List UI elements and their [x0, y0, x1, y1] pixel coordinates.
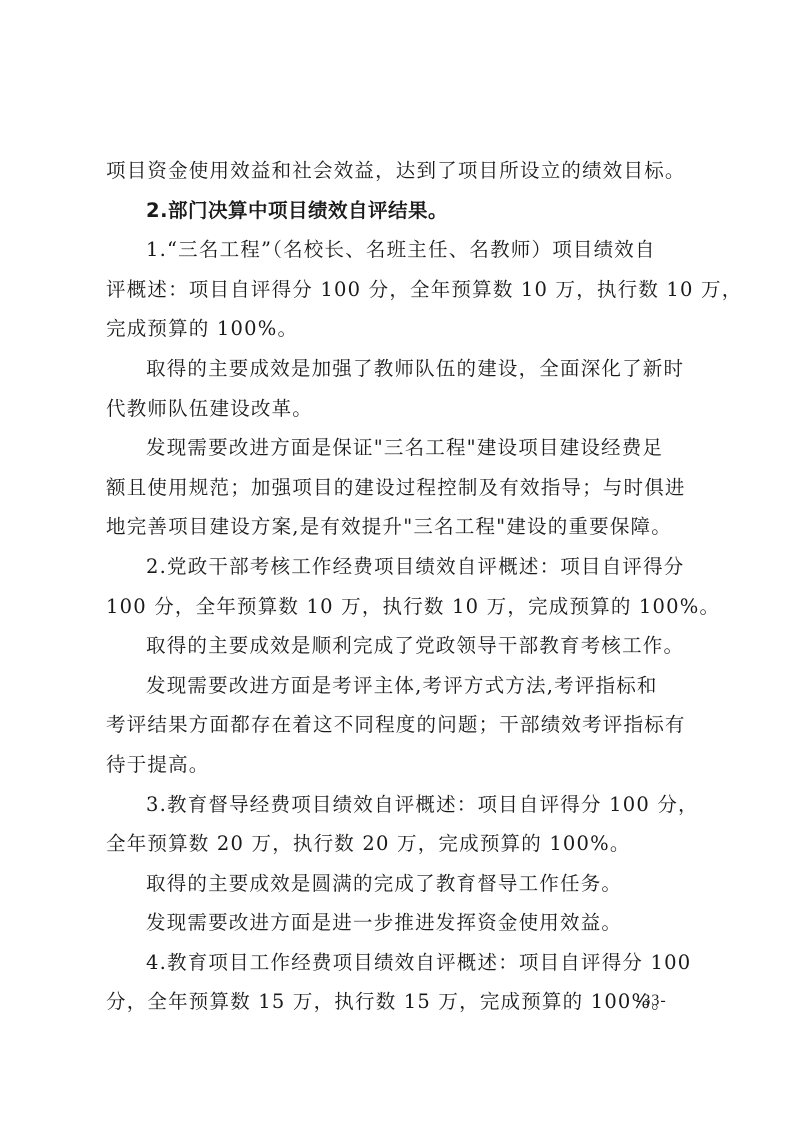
- text-line-6: 取得的主要成效是加强了教师队伍的建设，全面深化了新时: [106, 349, 692, 389]
- text-line-14: 发现需要改进方面是考评主体,考评方式方法,考评指标和: [106, 666, 692, 706]
- text-line-21: 4.教育项目工作经费项目绩效自评概述：项目自评得分 100: [106, 943, 692, 983]
- section-heading: 2.部门决算中项目绩效自评结果。: [106, 191, 692, 231]
- document-body: 项目资金使用效益和社会效益，达到了项目所设立的绩效目标。 2.部门决算中项目绩效…: [106, 151, 692, 1022]
- text-line-18: 全年预算数 20 万，执行数 20 万，完成预算的 100%。: [106, 824, 692, 864]
- text-line-19: 取得的主要成效是圆满的完成了教育督导工作任务。: [106, 864, 692, 904]
- text-line-12: 100 分，全年预算数 10 万，执行数 10 万，完成预算的 100%。: [106, 587, 692, 627]
- text-line-10: 地完善项目建设方案,是有效提升"三名工程"建设的重要保障。: [106, 507, 692, 547]
- text-line-7: 代教师队伍建设改革。: [106, 389, 692, 429]
- text-line-5: 完成预算的 100%。: [106, 309, 692, 349]
- text-line-11: 2.党政干部考核工作经费项目绩效自评概述：项目自评得分: [106, 547, 692, 587]
- text-line-20: 发现需要改进方面是进一步推进发挥资金使用效益。: [106, 903, 692, 943]
- text-line-8: 发现需要改进方面是保证"三名工程"建设项目建设经费足: [106, 428, 692, 468]
- text-line-9: 额且使用规范；加强项目的建设过程控制及有效指导；与时俱进: [106, 468, 692, 508]
- text-line-17: 3.教育督导经费项目绩效自评概述：项目自评得分 100 分，: [106, 785, 692, 825]
- text-line-22: 分，全年预算数 15 万，执行数 15 万，完成预算的 100%。: [106, 982, 692, 1022]
- text-line-4: 评概述：项目自评得分 100 分，全年预算数 10 万，执行数 10 万，: [106, 270, 692, 310]
- page-number: -33-: [636, 992, 667, 1010]
- text-line-1: 项目资金使用效益和社会效益，达到了项目所设立的绩效目标。: [106, 151, 692, 191]
- document-page: 项目资金使用效益和社会效益，达到了项目所设立的绩效目标。 2.部门决算中项目绩效…: [0, 0, 793, 1122]
- text-line-15: 考评结果方面都存在着这不同程度的问题；干部绩效考评指标有: [106, 705, 692, 745]
- text-line-16: 待于提高。: [106, 745, 692, 785]
- text-line-3: 1.“三名工程”（名校长、名班主任、名教师）项目绩效自: [106, 230, 692, 270]
- text-line-13: 取得的主要成效是顺利完成了党政领导干部教育考核工作。: [106, 626, 692, 666]
